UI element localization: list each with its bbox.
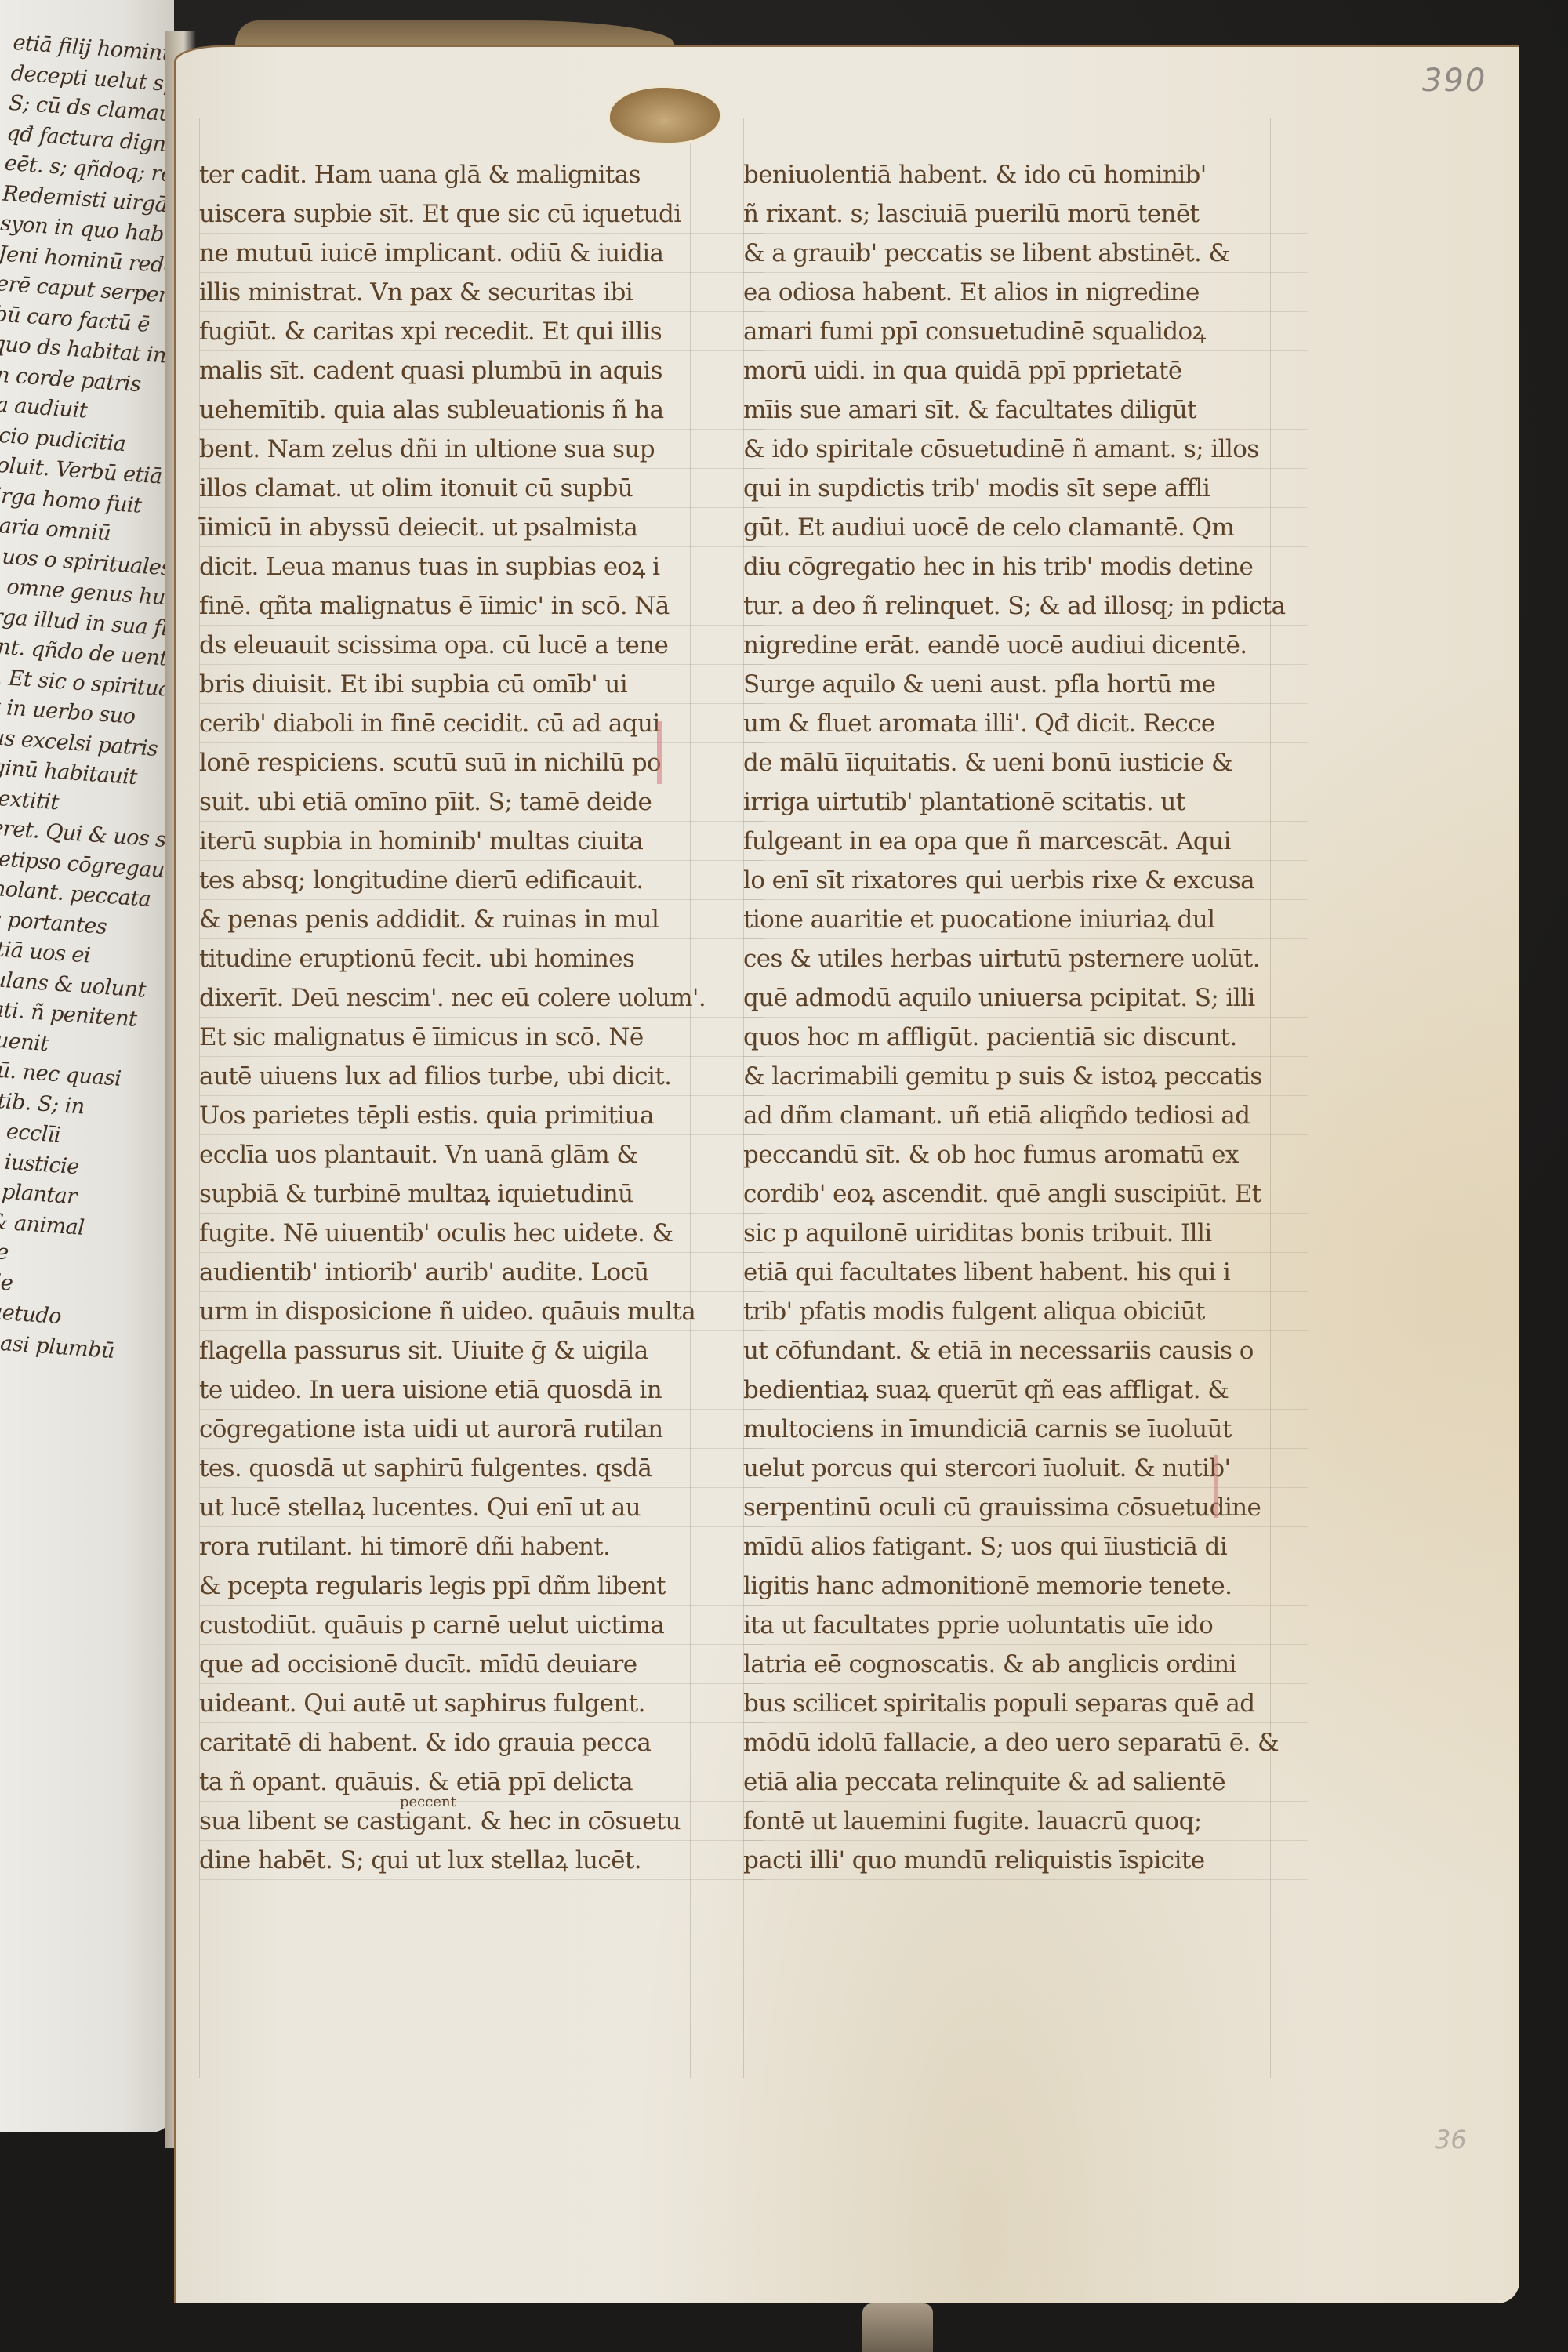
manuscript-text-line: suit. ubi etiā omīno pīit. S; tamē deide xyxy=(199,782,764,822)
folio-number: 390 xyxy=(1422,63,1486,99)
manuscript-text-line: multociens in īmundiciā carnis se īuoluū… xyxy=(743,1410,1308,1449)
manuscript-text-line: mīis sue amari sīt. & facultates diligūt xyxy=(743,390,1308,430)
manuscript-text-line: urm in disposicione ñ uideo. quāuis mult… xyxy=(199,1292,764,1331)
text-column-left: ter cadit. Ham uana glā & malignitasuisc… xyxy=(199,155,764,1880)
manuscript-text-line: ut lucē stellaꝝ lucentes. Qui enī ut au xyxy=(199,1488,764,1527)
manuscript-text-line: uideant. Qui autē ut saphirus fulgent. xyxy=(199,1684,764,1723)
manuscript-text-line: ter cadit. Ham uana glā & malignitas xyxy=(199,155,764,194)
manuscript-text-line: & ido spiritale cōsuetudinē ñ amant. s; … xyxy=(743,430,1308,469)
manuscript-text-line: ne mutuū iuicē implicant. odiū & iuidia xyxy=(199,234,764,273)
bottom-margin-mark: 36 xyxy=(1435,2125,1467,2154)
manuscript-text-line: latria eē cognoscatis. & ab anglicis ord… xyxy=(743,1645,1308,1684)
manuscript-text-line: bent. Nam zelus dñi in ultione sua sup xyxy=(199,430,764,469)
manuscript-text-line: nigredine erāt. eandē uocē audiui dicent… xyxy=(743,626,1308,665)
manuscript-text-line: flagella passurus sit. Uiuite ḡ & uigila xyxy=(199,1331,764,1370)
manuscript-text-line: fontē ut lauemini fugite. lauacrū quoq; xyxy=(743,1802,1308,1841)
manuscript-text-line: & a grauib' peccatis se libent abstinēt.… xyxy=(743,234,1308,273)
text-column-right: beniuolentiā habent. & ido cū hominib'ñ … xyxy=(743,155,1308,1880)
manuscript-text-line: caritatē di habent. & ido grauia pecca xyxy=(199,1723,764,1762)
facing-page-text: etiā filij hominū in feroredecepti uelut… xyxy=(0,28,174,1367)
manuscript-text-line: bris diuisit. Et ibi supbia cū omīb' ui xyxy=(199,665,764,704)
manuscript-text-line: qui in supdictis trib' modis sīt sepe af… xyxy=(743,469,1308,508)
manuscript-text-line: ita ut facultates pprie uoluntatis uīe i… xyxy=(743,1606,1308,1645)
manuscript-text-line: serpentinū oculi cū grauissima cōsuetudi… xyxy=(743,1488,1308,1527)
manuscript-text-line: lonē respiciens. scutū suū in nichilū po xyxy=(199,743,764,782)
manuscript-text-line: te uideo. In uera uisione etiā quosdā in xyxy=(199,1370,764,1410)
manuscript-text-line: Uos parietes tēpli estis. quia primitiua xyxy=(199,1096,764,1135)
manuscript-text-line: ta ñ opant. quāuis. & etiā ppī delicta xyxy=(199,1762,764,1802)
manuscript-text-line: ligitis hanc admonitionē memorie tenete. xyxy=(743,1566,1308,1606)
manuscript-text-line: iterū supbia in hominib' multas ciuita xyxy=(199,822,764,861)
interlinear-gloss: peccent xyxy=(400,1794,456,1810)
manuscript-text-line: finē. qñta malignatus ē īimic' in scō. N… xyxy=(199,586,764,626)
manuscript-text-line: um & fluet aromata illi'. Qđ dicit. Recc… xyxy=(743,704,1308,743)
manuscript-text-line: custodiūt. quāuis p carnē uelut uictima xyxy=(199,1606,764,1645)
manuscript-text-line: fulgeant in ea opa que ñ marcescāt. Aqui xyxy=(743,822,1308,861)
manuscript-text-line: dicit. Leua manus tuas in supbias eoꝝ i xyxy=(199,547,764,586)
manuscript-text-line: ces & utiles herbas uirtutū psternere uo… xyxy=(743,939,1308,978)
manuscript-text-line: mīdū alios fatigant. S; uos qui īiustici… xyxy=(743,1527,1308,1566)
manuscript-text-line: beniuolentiā habent. & ido cū hominib' xyxy=(743,155,1308,194)
manuscript-text-line: gūt. Et audiui uocē de celo clamantē. Qm xyxy=(743,508,1308,547)
manuscript-text-line: trib' pfatis modis fulgent aliqua obiciū… xyxy=(743,1292,1308,1331)
manuscript-text-line: Et sic malignatus ē īimicus in scō. Nē xyxy=(199,1018,764,1057)
manuscript-text-line: diu cōgregatio hec in his trib' modis de… xyxy=(743,547,1308,586)
manuscript-text-line: Surge aquilo & ueni aust. pfla hortū me xyxy=(743,665,1308,704)
manuscript-text-line: que ad occisionē ducīt. mīdū deuiare xyxy=(199,1645,764,1684)
manuscript-text-line: uelut porcus qui stercori īuoluit. & nut… xyxy=(743,1449,1308,1488)
manuscript-text-line: bus scilicet spiritalis populi separas q… xyxy=(743,1684,1308,1723)
manuscript-text-line: supbiā & turbinē multaꝝ iquietudinū xyxy=(199,1174,764,1214)
manuscript-text-line: tione auaritie et puocatione iniuriaꝝ du… xyxy=(743,900,1308,939)
manuscript-text-line: irriga uirtutib' plantationē scitatis. u… xyxy=(743,782,1308,822)
manuscript-text-line: illis ministrat. Vn pax & securitas ibi xyxy=(199,273,764,312)
rubric-mark xyxy=(657,721,662,784)
manuscript-text-line: ea odiosa habent. Et alios in nigredine xyxy=(743,273,1308,312)
manuscript-text-line: quē admodū aquilo uniuersa pcipitat. S; … xyxy=(743,978,1308,1018)
manuscript-text-line: lo enī sīt rixatores qui uerbis rixe & e… xyxy=(743,861,1308,900)
manuscript-text-line: etiā alia peccata relinquite & ad salien… xyxy=(743,1762,1308,1802)
manuscript-text-line: amari fumi ppī consuetudinē squalidoꝝ xyxy=(743,312,1308,351)
manuscript-text-line: ecclīa uos plantauit. Vn uanā glām & xyxy=(199,1135,764,1174)
manuscript-text-line: cōgregatione ista uidi ut aurorā rutilan xyxy=(199,1410,764,1449)
manuscript-text-line: uehemītib. quia alas subleuationis ñ ha xyxy=(199,390,764,430)
book-clasp xyxy=(862,2303,933,2352)
manuscript-text-line: de mālū īiquitatis. & ueni bonū iusticie… xyxy=(743,743,1308,782)
manuscript-text-line: peccandū sīt. & ob hoc fumus aromatū ex xyxy=(743,1135,1308,1174)
manuscript-text-line: morū uidi. in qua quidā ppī pprietatē xyxy=(743,351,1308,390)
manuscript-text-line: titudine eruptionū fecit. ubi homines xyxy=(199,939,764,978)
rubric-mark xyxy=(1214,1455,1218,1518)
manuscript-text-line: mōdū idolū fallacie, a deo uero separatū… xyxy=(743,1723,1308,1762)
manuscript-text-line: malis sīt. cadent quasi plumbū in aquis xyxy=(199,351,764,390)
manuscript-text-line: ñ rixant. s; lasciuiā puerilū morū tenēt xyxy=(743,194,1308,234)
manuscript-text-line: dine habēt. S; qui ut lux stellaꝝ lucēt. xyxy=(199,1841,764,1880)
manuscript-text-line: & penas penis addidit. & ruinas in mul xyxy=(199,900,764,939)
manuscript-text-line: uiscera supbie sīt. Et que sic cū iquetu… xyxy=(199,194,764,234)
manuscript-text-line: dixerīt. Deū nescim'. nec eū colere uolu… xyxy=(199,978,764,1018)
manuscript-text-line: fugite. Nē uiuentib' oculis hec uidete. … xyxy=(199,1214,764,1253)
manuscript-text-line: fugiūt. & caritas xpi recedit. Et qui il… xyxy=(199,312,764,351)
parchment-hole xyxy=(610,88,720,143)
manuscript-text-line: pacti illi' quo mundū reliquistis īspici… xyxy=(743,1841,1308,1880)
manuscript-text-line: cordib' eoꝝ ascendit. quē angli suscipiū… xyxy=(743,1174,1308,1214)
manuscript-text-line: cerib' diaboli in finē cecidit. cū ad aq… xyxy=(199,704,764,743)
manuscript-text-line: autē uiuens lux ad filios turbe, ubi dic… xyxy=(199,1057,764,1096)
manuscript-text-line: sic p aquilonē uiriditas bonis tribuit. … xyxy=(743,1214,1308,1253)
manuscript-text-line: quos hoc m affligūt. pacientiā sic discu… xyxy=(743,1018,1308,1057)
manuscript-text-line: etiā qui facultates libent habent. his q… xyxy=(743,1253,1308,1292)
manuscript-text-line: īimicū in abyssū deiecit. ut psalmista xyxy=(199,508,764,547)
manuscript-text-line: bedientiaꝝ suaꝝ querūt qñ eas affligat. … xyxy=(743,1370,1308,1410)
manuscript-text-line: & lacrimabili gemitu p suis & istoꝝ pecc… xyxy=(743,1057,1308,1096)
binding-tab xyxy=(235,20,674,49)
manuscript-text-line: tes. quosdā ut saphirū fulgentes. qsdā xyxy=(199,1449,764,1488)
manuscript-text-line: ut cōfundant. & etiā in necessariis caus… xyxy=(743,1331,1308,1370)
manuscript-text-line: ad dñm clamant. uñ etiā aliqñdo tediosi … xyxy=(743,1096,1308,1135)
manuscript-text-line: sua libent se castigant. & hec in cōsuet… xyxy=(199,1802,764,1841)
manuscript-text-line: tur. a deo ñ relinquet. S; & ad illosq; … xyxy=(743,586,1308,626)
facing-page-strip: etiā filij hominū in feroredecepti uelut… xyxy=(0,0,174,2132)
manuscript-text-line: tes absq; longitudine dierū edificauit. xyxy=(199,861,764,900)
manuscript-text-line: ds eleuauit scissima opa. cū lucē a tene xyxy=(199,626,764,665)
manuscript-text-line: rora rutilant. hi timorē dñi habent. xyxy=(199,1527,764,1566)
manuscript-text-line: & pcepta regularis legis ppī dñm libent xyxy=(199,1566,764,1606)
manuscript-text-line: audientib' intiorib' aurib' audite. Locū xyxy=(199,1253,764,1292)
manuscript-text-line: illos clamat. ut olim itonuit cū supbū xyxy=(199,469,764,508)
